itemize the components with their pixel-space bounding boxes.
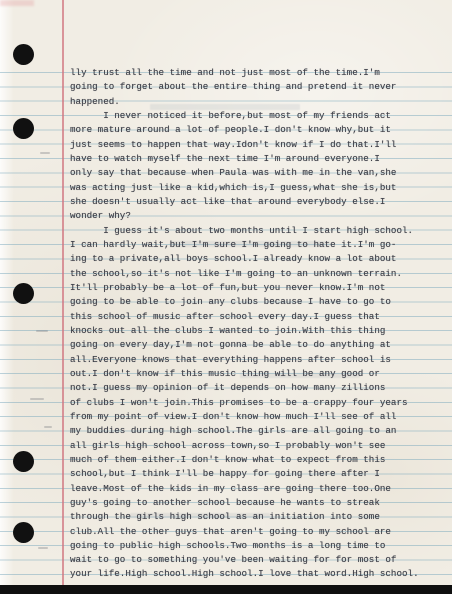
- typed-line: my buddies during high school.The girls …: [70, 424, 442, 438]
- typed-line: school,but I think I'll be happy for goi…: [70, 467, 442, 481]
- binder-hole: [13, 118, 34, 139]
- typed-line: she doesn't usually act like that around…: [70, 195, 442, 209]
- red-margin-line: [62, 0, 64, 585]
- typed-line: not.I guess my opinion of it depends on …: [70, 381, 442, 395]
- typed-line: all.Everyone knows that everything happe…: [70, 353, 442, 367]
- typed-line: just seems to happen that way.Idon't kno…: [70, 138, 442, 152]
- typed-line: only say that because when Paula was wit…: [70, 166, 442, 180]
- typed-line: have to watch myself the next time I'm a…: [70, 152, 442, 166]
- binder-hole: [13, 44, 34, 65]
- typed-line: of clubs I won't join.This promises to b…: [70, 396, 442, 410]
- margin-pencil-mark: [40, 152, 50, 154]
- typed-line: going to be able to join any clubs becau…: [70, 295, 442, 309]
- typed-line: through the girls high school as an init…: [70, 510, 442, 524]
- typed-line: out.I don't know if this music thing wil…: [70, 367, 442, 381]
- typed-line: more mature around a lot of people.I don…: [70, 123, 442, 137]
- typed-line: going on every day,I'm not gonna be able…: [70, 338, 442, 352]
- typed-line: I guess it's about two months until I st…: [70, 224, 442, 238]
- scan-top-smudge: [0, 0, 34, 6]
- margin-pencil-mark: [44, 426, 52, 428]
- typed-line: It'll probably be a lot of fun,but you n…: [70, 281, 442, 295]
- typed-line: I never noticed it before,but most of my…: [70, 109, 442, 123]
- typed-line: all girls high school across town,so I p…: [70, 439, 442, 453]
- typed-line: going to public high schools.Two months …: [70, 539, 442, 553]
- typed-line: from my point of view.I don't know how m…: [70, 410, 442, 424]
- typed-line: wonder why?: [70, 209, 442, 223]
- scan-left-edge: [0, 0, 14, 594]
- typed-text-body: lly trust all the time and not just most…: [70, 66, 442, 582]
- typed-line: was acting just like a kid,which is,I gu…: [70, 181, 442, 195]
- margin-pencil-mark: [30, 398, 44, 400]
- typed-line: your life.High school.High school.I love…: [70, 567, 442, 581]
- margin-pencil-mark: [36, 330, 48, 332]
- notebook-page: lly trust all the time and not just most…: [0, 0, 452, 594]
- typed-line: this school of music after school every …: [70, 310, 442, 324]
- scan-bottom-edge: [0, 585, 452, 594]
- margin-pencil-mark: [38, 547, 48, 549]
- typed-line: going to forget about the entire thing a…: [70, 80, 442, 94]
- binder-hole: [13, 522, 34, 543]
- typed-line: much of them either.I don't know what to…: [70, 453, 442, 467]
- typed-line: knocks out all the clubs I wanted to joi…: [70, 324, 442, 338]
- typed-line: wait to go to something you've been wait…: [70, 553, 442, 567]
- typed-line: lly trust all the time and not just most…: [70, 66, 442, 80]
- typed-line: I can hardly wait,but I'm sure I'm going…: [70, 238, 442, 252]
- binder-hole: [13, 283, 34, 304]
- typed-line: ing to a private,all boys school.I alrea…: [70, 252, 442, 266]
- typed-line: club.All the other guys that aren't goin…: [70, 525, 442, 539]
- typed-line: the school,so it's not like I'm going to…: [70, 267, 442, 281]
- typed-line: leave.Most of the kids in my class are g…: [70, 482, 442, 496]
- typed-line: happened.: [70, 95, 442, 109]
- binder-hole: [13, 451, 34, 472]
- typed-line: guy's going to another school because he…: [70, 496, 442, 510]
